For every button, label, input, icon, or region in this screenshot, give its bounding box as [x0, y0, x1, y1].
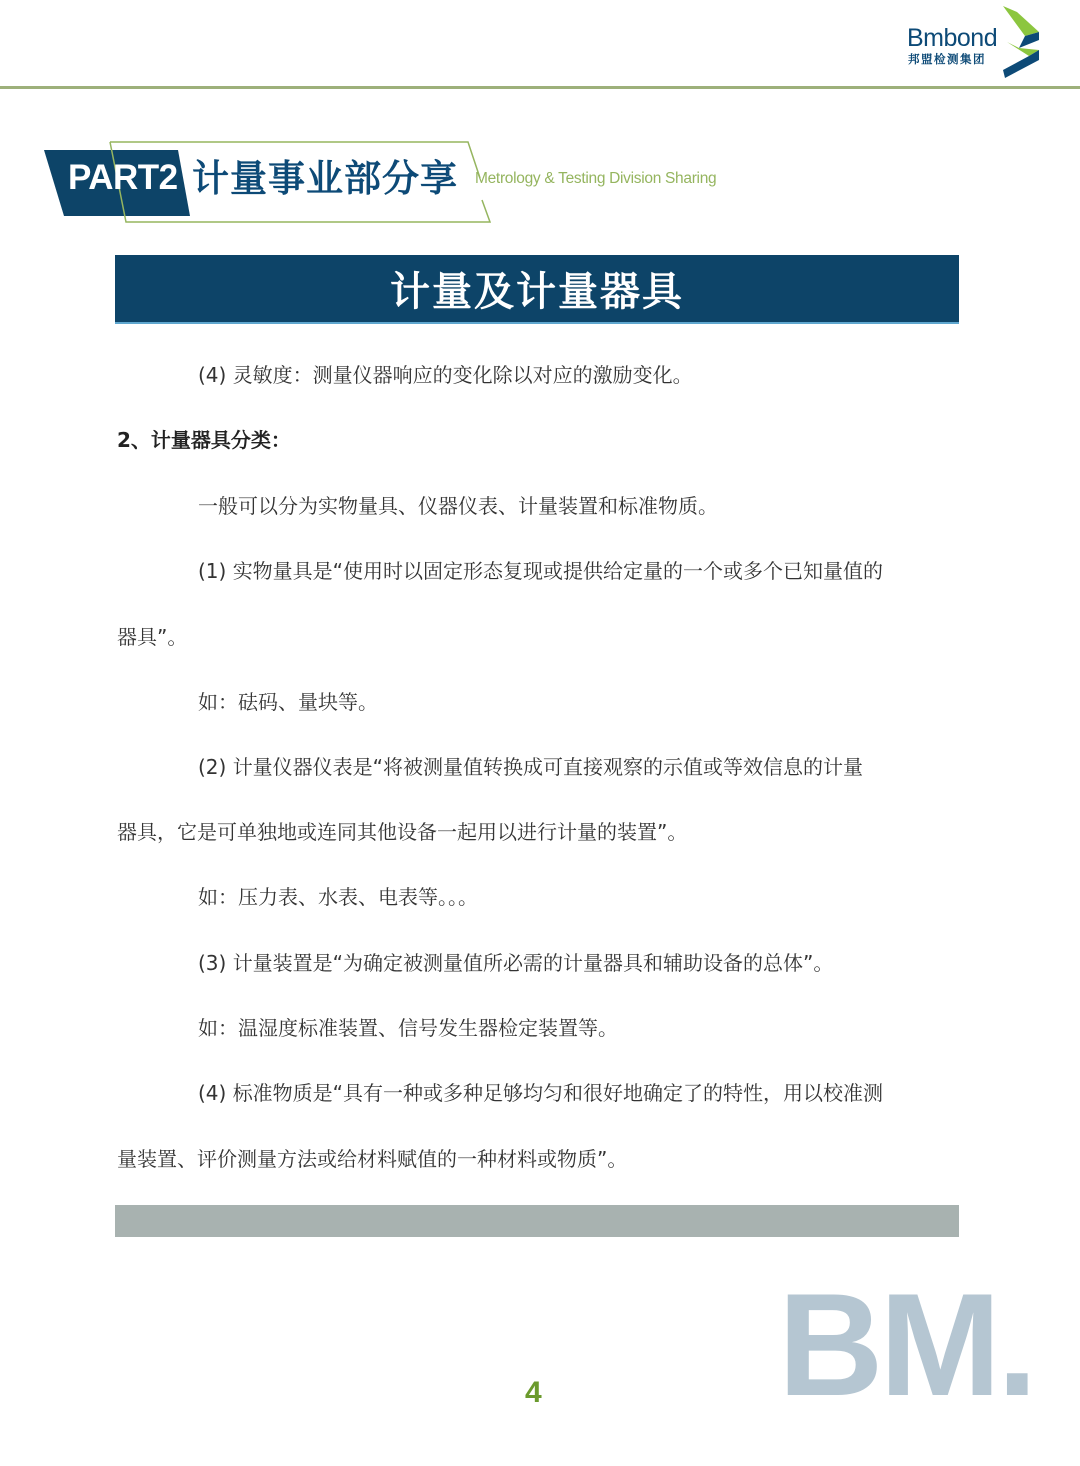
- page-number: 4: [525, 1378, 542, 1408]
- paragraph-item-3: (3) 计量装置是“为确定被测量值所必需的计量器具和辅助设备的总体”。: [198, 953, 833, 973]
- page-title-bar: 计量及计量器具: [115, 255, 959, 324]
- paragraph-item-2: (2) 计量仪器仪表是“将被测量值转换成可直接观察的示值或等效信息的计量: [198, 757, 863, 777]
- paragraph-item-4: (4) 标准物质是“具有一种或多种足够均匀和很好地确定了的特性，用以校准测: [198, 1083, 883, 1103]
- bm-watermark: BM.: [778, 1272, 1034, 1418]
- paragraph-item-1: (1) 实物量具是“使用时以固定形态复现或提供给定量的一个或多个已知量值的: [198, 561, 883, 581]
- bmbond-logo: Bmbond 邦盟检测集团: [905, 4, 1055, 80]
- logo-chinese-name: 邦盟检测集团: [908, 54, 986, 66]
- subheading-classification: 2、计量器具分类：: [117, 430, 291, 450]
- page-title: 计量及计量器具: [390, 260, 684, 317]
- page-header: Bmbond 邦盟检测集团: [0, 0, 1080, 90]
- paragraph-intro: 一般可以分为实物量具、仪器仪表、计量装置和标准物质。: [198, 496, 718, 516]
- section-banner: PART2 计量事业部分享 Metrology & Testing Divisi…: [40, 138, 740, 228]
- logo-wordmark: Bmbond: [907, 26, 997, 51]
- header-divider: [0, 86, 1080, 89]
- footer-divider-bar: [115, 1205, 959, 1237]
- example-item-2: 如：压力表、水表、电表等。。。: [198, 887, 478, 907]
- paragraph-item-4-cont: 量装置、评价测量方法或给材料赋值的一种材料或物质”。: [117, 1149, 627, 1169]
- example-item-3: 如：温湿度标准装置、信号发生器检定装置等。: [198, 1018, 618, 1038]
- paragraph-item-2-cont: 器具，它是可单独地或连同其他设备一起用以进行计量的装置”。: [117, 822, 687, 842]
- paragraph-sensitivity: (4) 灵敏度：测量仪器响应的变化除以对应的激励变化。: [198, 365, 693, 385]
- section-title: 计量事业部分享: [192, 160, 458, 197]
- section-subtitle: Metrology & Testing Division Sharing: [475, 171, 716, 187]
- example-item-1: 如：砝码、量块等。: [198, 692, 378, 712]
- bmbond-b-mark-icon: [1001, 4, 1045, 80]
- paragraph-item-1-cont: 器具”。: [117, 627, 187, 647]
- part-label: PART2: [68, 160, 178, 195]
